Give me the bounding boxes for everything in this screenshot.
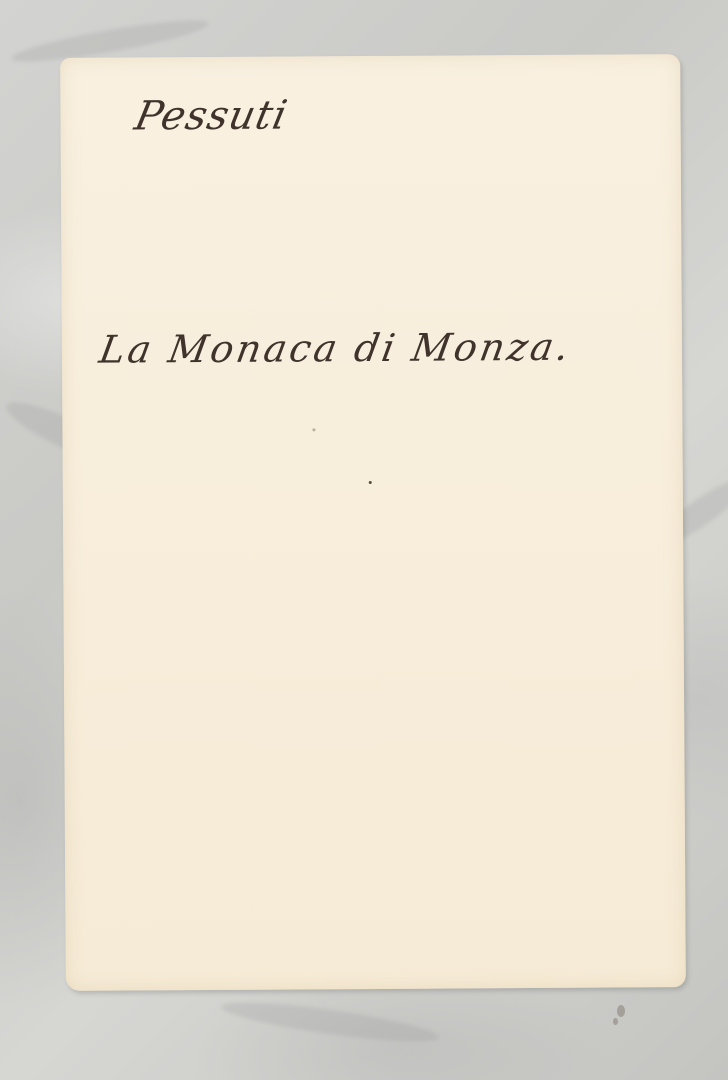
handwritten-name: Pessuti <box>131 92 292 139</box>
ink-speck <box>312 428 315 431</box>
vintage-card: Pessuti La Monaca di Monza. <box>60 54 686 991</box>
marble-stain <box>617 1005 625 1017</box>
ink-speck <box>369 481 372 484</box>
marble-stain <box>613 1018 618 1025</box>
marble-vein <box>219 995 440 1049</box>
handwritten-title: La Monaca di Monza. <box>96 325 575 372</box>
